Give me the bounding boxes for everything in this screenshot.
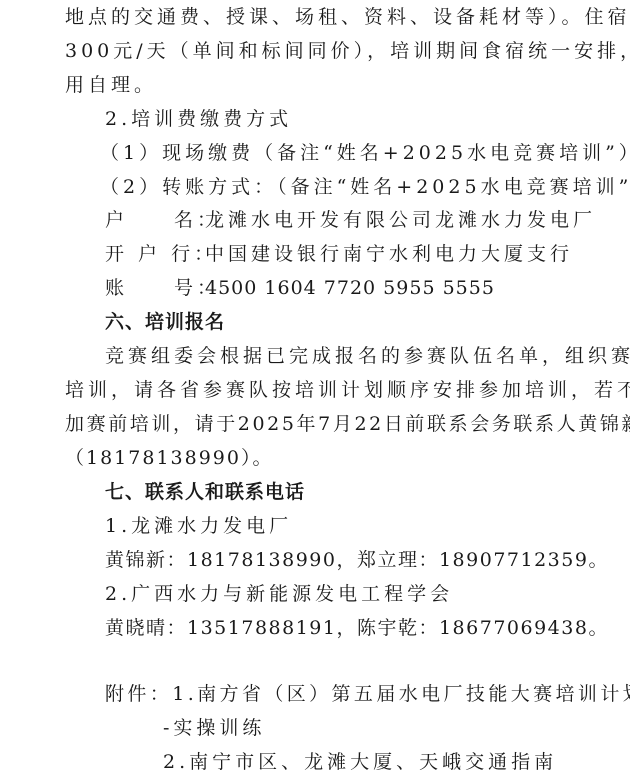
attachment-1: 附件：1.南方省（区）第五届水电厂技能大赛培训计划 [105,677,630,711]
attachment-1-continuation: -实操训练 [163,711,265,745]
account-number-value: 4500 1604 7720 5955 5555 [205,277,495,299]
account-name-value: 龙滩水电开发有限公司龙滩水力发电厂 [205,209,596,231]
section-6-line-3: 加赛前培训，请于2025年7月22日前联系会务联系人黄锦新 [65,407,630,441]
payment-method-title: 2.培训费缴费方式 [105,102,292,136]
bank-row: 开 户 行：中国建设银行南宁水利电力大厦支行 [105,237,573,271]
account-number-label: 账 号： [105,271,205,305]
contact-org-1-people: 黄锦新：18178138990，郑立理：18907712359。 [105,543,609,577]
payment-option-transfer: （2）转账方式：（备注“姓名+2025水电竞赛培训”） [100,170,630,204]
account-name-label: 户 名： [105,203,205,237]
contact-org-2: 2.广西水力与新能源发电工程学会 [105,577,453,611]
account-name-row: 户 名：龙滩水电开发有限公司龙滩水力发电厂 [105,203,596,237]
attachment-2: 2.南宁市区、龙滩大厦、天峨交通指南 [163,745,557,779]
section-7-heading: 七、联系人和联系电话 [105,475,305,509]
fee-paragraph-line-1: 地点的交通费、授课、场租、资料、设备耗材等）。住宿费 [65,0,630,34]
section-6-heading: 六、培训报名 [105,305,225,339]
fee-paragraph-line-2: 300元/天（单间和标间同价），培训期间食宿统一安排，费 [65,34,630,68]
payment-option-onsite: （1）现场缴费（备注“姓名+2025水电竞赛培训”） [100,136,630,170]
account-number-row: 账 号：4500 1604 7720 5955 5555 [105,271,495,305]
section-6-line-4: （18178138990）。 [65,441,273,475]
bank-label: 开 户 行： [105,237,205,271]
contact-org-1: 1.龙滩水力发电厂 [105,509,292,543]
fee-paragraph-line-3: 用自理。 [65,68,157,102]
section-6-line-1: 竞赛组委会根据已完成报名的参赛队伍名单，组织赛前 [105,339,630,373]
bank-value: 中国建设银行南宁水利电力大厦支行 [205,243,573,265]
contact-org-2-people: 黄晓晴：13517888191，陈宇乾：18677069438。 [105,611,609,645]
section-6-line-2: 培训，请各省参赛队按培训计划顺序安排参加培训，若不参 [65,373,630,407]
